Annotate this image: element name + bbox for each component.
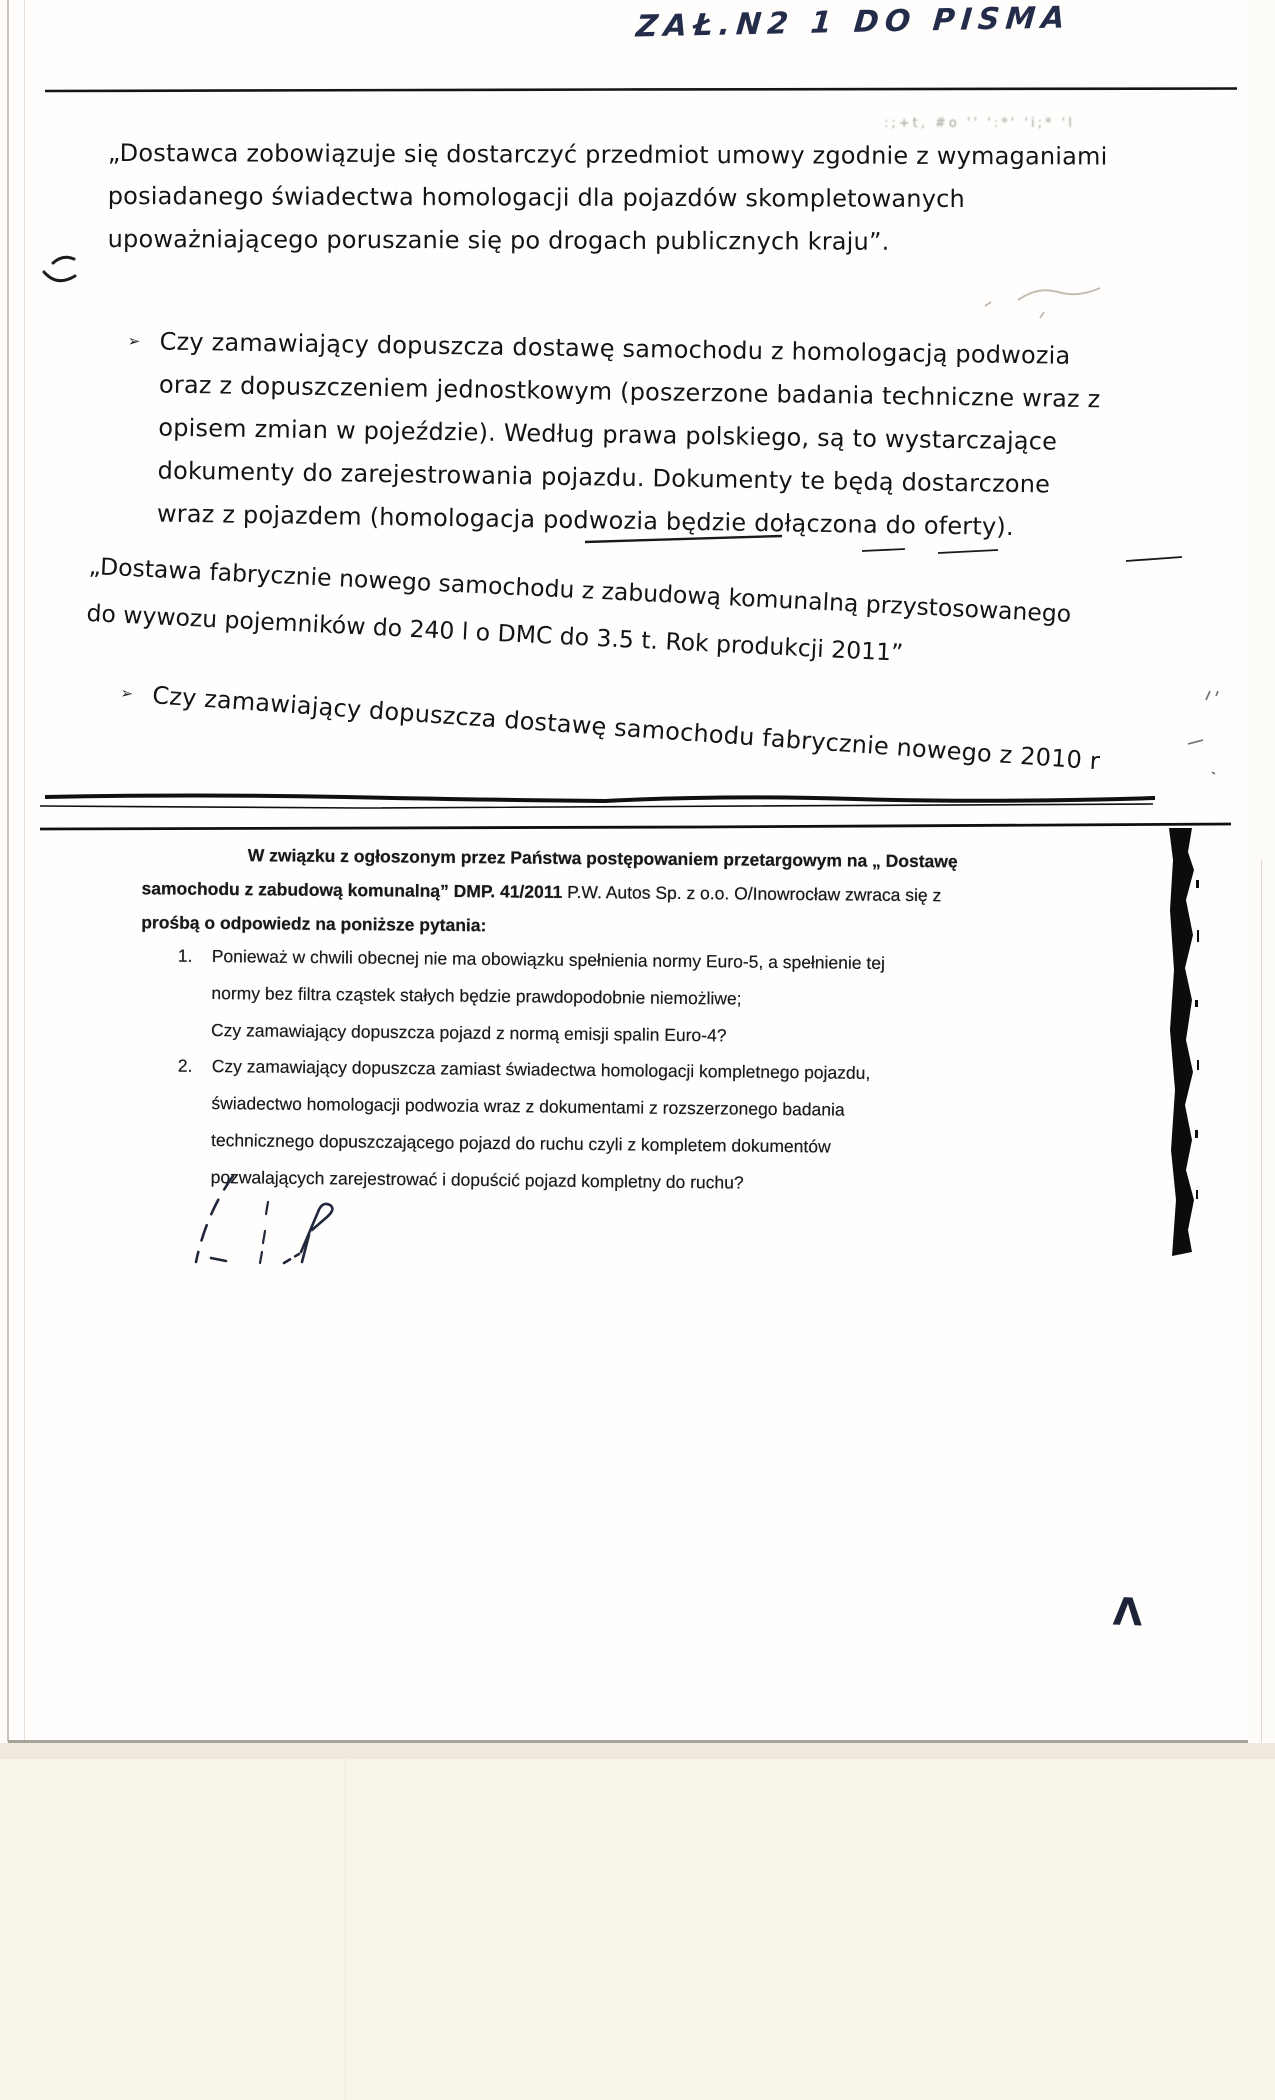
- intro-line1-normal: W związku z ogłoszonym przez Państwa pos…: [248, 845, 886, 871]
- scanner-background: [0, 1743, 1275, 2100]
- bullet-question-1: ➢ Czy zamawiający dopuszcza dostawę samo…: [125, 320, 1138, 551]
- list-number: 2.: [178, 1048, 193, 1085]
- numbered-question-1: 1. Ponieważ w chwili obecnej nie ma obow…: [211, 938, 1112, 1058]
- arrow-bullet-icon: ➢: [119, 672, 154, 717]
- scan-right-edge-line: [1261, 860, 1262, 1742]
- paper-shadow: [0, 1743, 1275, 1759]
- list-number: 1.: [178, 938, 193, 975]
- illegible-stamp-smudge: :;+t, #o '' ':*' 'i;* 'l: [884, 116, 1184, 131]
- tender-letter-intro: W związku z ogłoszonym przez Państwa pos…: [0, 836, 1170, 948]
- handwritten-page-number: Λ: [1112, 1590, 1143, 1635]
- text-line: „Dostawca zobowiązuje się dostarczyć prz…: [108, 132, 1118, 179]
- numbered-question-2: 2. Czy zamawiający dopuszcza zamiast świ…: [210, 1048, 1112, 1205]
- arrow-bullet-icon: ➢: [127, 320, 160, 363]
- intro-line1-bold: Dostawę: [886, 851, 958, 872]
- intro-line2-normal: P.W. Autos Sp. z o.o. O/Inowrocław zwrac…: [567, 882, 941, 905]
- intro-line2-bold: samochodu z zabudową komunalną” DMP. 41/…: [141, 878, 567, 902]
- quoted-paragraph-1: „Dostawca zobowiązuje się dostarczyć prz…: [108, 132, 1118, 265]
- text-line: posiadanego świadectwa homologacji dla p…: [108, 175, 1118, 222]
- text-line: upoważniającego poruszanie się po drogac…: [108, 218, 1118, 265]
- scanned-document: ZAŁ.N2 1 DO PISMA :;+t, #o '' ':*' 'i;* …: [0, 0, 1275, 2100]
- scanner-bed-line: [345, 1743, 346, 2100]
